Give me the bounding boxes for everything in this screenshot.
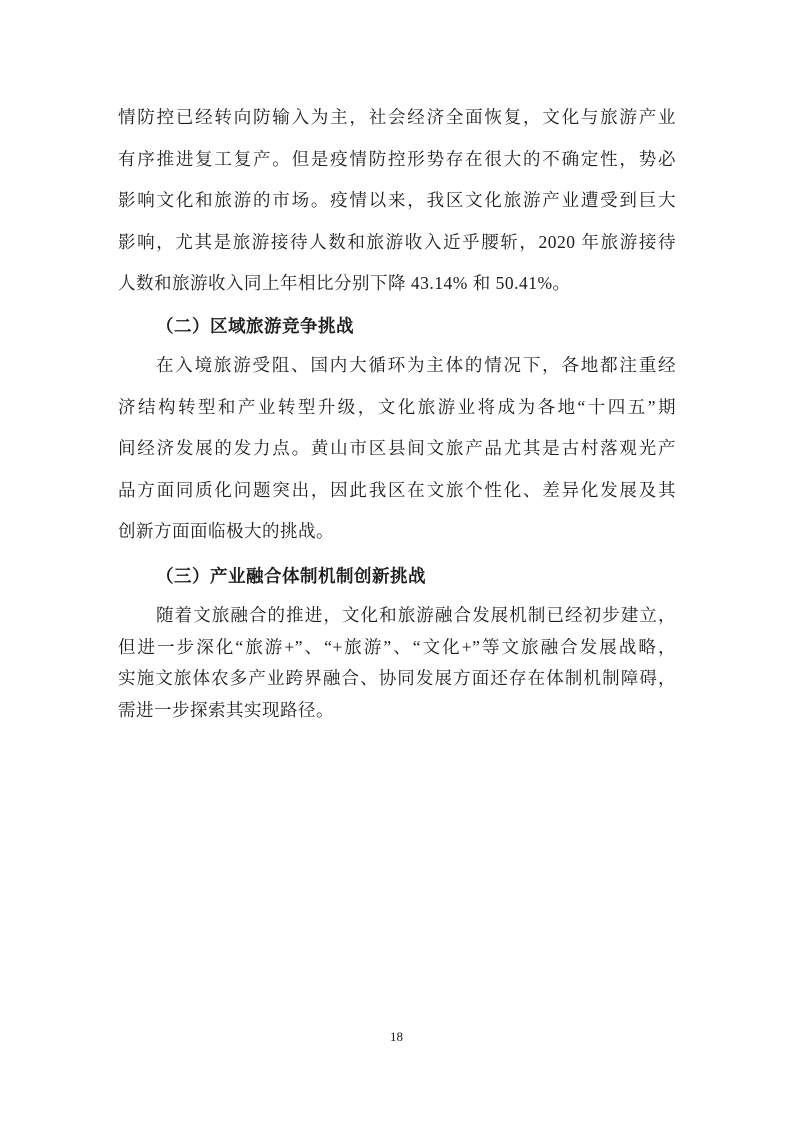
text-line: 需进一步探索其实现路径。 — [118, 695, 676, 727]
heading-text: （三）产业融合体制机制创新挑战 — [118, 556, 676, 598]
page-number: 18 — [390, 1029, 403, 1044]
text-line: 创新方面面临极大的挑战。 — [118, 511, 676, 553]
document-page: 情防控已经转向防输入为主，社会经济全面恢复，文化与旅游产业 有序推进复工复产。但… — [0, 0, 793, 1122]
text-line: 但进一步深化“旅游+”、“+旅游”、“文化+”等文旅融合发展战略， — [118, 632, 676, 664]
paragraph-industry-integration: 随着文旅融合的推进，文化和旅游融合发展机制已经初步建立， 但进一步深化“旅游+”… — [118, 600, 676, 727]
section-heading-regional-competition: （二）区域旅游竞争挑战 — [118, 306, 676, 348]
text-line: 影响，尤其是旅游接待人数和旅游收入近乎腰斩，2020 年旅游接待 — [118, 222, 676, 264]
text-line: 实施文旅体农多产业跨界融合、协同发展方面还存在体制机制障碍， — [118, 663, 676, 695]
text-line: 影响文化和旅游的市场。疫情以来，我区文化旅游产业遭受到巨大 — [118, 180, 676, 222]
paragraph-epidemic-impact: 情防控已经转向防输入为主，社会经济全面恢复，文化与旅游产业 有序推进复工复产。但… — [118, 97, 676, 305]
text-line: 情防控已经转向防输入为主，社会经济全面恢复，文化与旅游产业 — [118, 97, 676, 139]
text-line: 间经济发展的发力点。黄山市区县间文旅产品尤其是古村落观光产 — [118, 428, 676, 470]
text-line: 济结构转型和产业转型升级，文化旅游业将成为各地“十四五”期 — [118, 387, 676, 429]
page-footer: 18 — [0, 1029, 793, 1045]
heading-text: （二）区域旅游竞争挑战 — [118, 306, 676, 348]
paragraph-regional-competition: 在入境旅游受阻、国内大循环为主体的情况下，各地都注重经 济结构转型和产业转型升级… — [118, 345, 676, 553]
text-line: 人数和旅游收入同上年相比分别下降 43.14% 和 50.41%。 — [118, 263, 676, 305]
section-heading-industry-integration: （三）产业融合体制机制创新挑战 — [118, 556, 676, 598]
text-line: 在入境旅游受阻、国内大循环为主体的情况下，各地都注重经 — [118, 345, 676, 387]
text-line: 品方面同质化问题突出，因此我区在文旅个性化、差异化发展及其 — [118, 470, 676, 512]
text-line: 有序推进复工复产。但是疫情防控形势存在很大的不确定性，势必 — [118, 139, 676, 181]
text-line: 随着文旅融合的推进，文化和旅游融合发展机制已经初步建立， — [118, 600, 676, 632]
